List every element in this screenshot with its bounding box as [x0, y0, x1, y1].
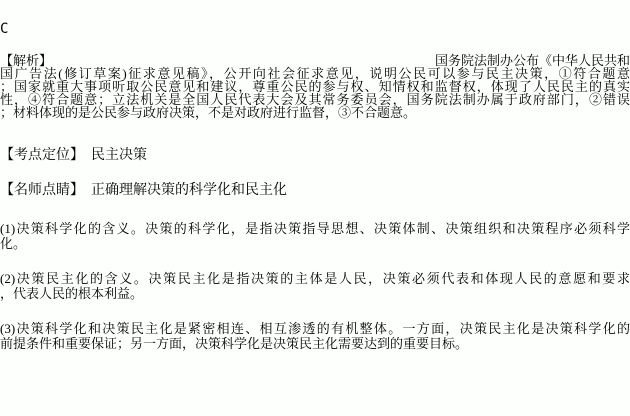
analysis-line: ；材料体现的是公民参与政府决策，不是对政府进行监督，③不合题意。 — [0, 106, 630, 119]
teacher-tip-text: 正确理解决策的科学化和民主化 — [91, 183, 287, 198]
point-1: (1)决策科学化的含义。决策的科学化，是指决策指导思想、决策体制、决策组织和决策… — [0, 221, 630, 251]
document-page: C 【解析】 国务院法制办公布《中华人民共和 国广告法(修订草案)征求意见稿》，… — [0, 0, 630, 416]
analysis-section: 【解析】 国务院法制办公布《中华人民共和 国广告法(修订草案)征求意见稿》，公开… — [0, 54, 630, 119]
exam-point-label: 【考点定位】 — [0, 148, 84, 163]
point-1-line: 化。 — [0, 236, 630, 251]
point-2-line: ，代表人民的根本利益。 — [0, 286, 630, 301]
exam-point-section: 【考点定位】民主决策 — [0, 148, 147, 164]
teacher-tip-label: 【名师点睛】 — [0, 183, 84, 198]
point-3-line: (3)决策科学化和决策民主化是紧密相连、相互渗透的有机整体。一方面，决策民主化是… — [0, 321, 630, 336]
exam-point-text: 民主决策 — [91, 148, 147, 163]
teacher-tip-section: 【名师点睛】正确理解决策的科学化和民主化 — [0, 183, 287, 199]
point-3: (3)决策科学化和决策民主化是紧密相连、相互渗透的有机整体。一方面，决策民主化是… — [0, 321, 630, 351]
point-3-line: 前提条件和重要保证；另一方面，决策科学化是决策民主化需要达到的重要目标。 — [0, 336, 630, 351]
point-2-line: (2)决策民主化的含义。决策民主化是指决策的主体是人民，决策必须代表和体现人民的… — [0, 271, 630, 286]
point-2: (2)决策民主化的含义。决策民主化是指决策的主体是人民，决策必须代表和体现人民的… — [0, 271, 630, 301]
point-1-line: (1)决策科学化的含义。决策的科学化，是指决策指导思想、决策体制、决策组织和决策… — [0, 221, 630, 236]
answer-letter: C — [0, 22, 8, 36]
